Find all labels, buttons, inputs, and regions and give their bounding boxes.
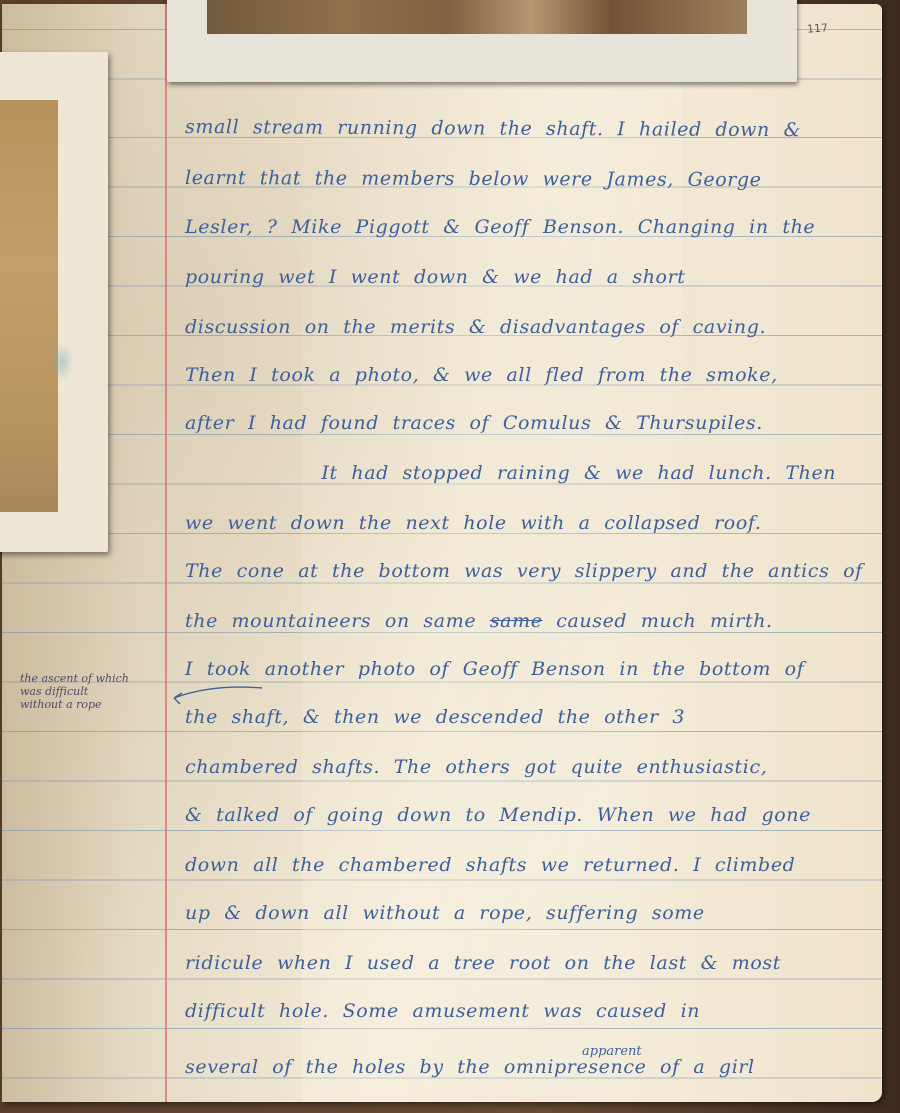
struck-word: same bbox=[490, 610, 543, 632]
margin-note: the ascent of which was difficult withou… bbox=[20, 672, 170, 711]
text-line-14: chambered shafts. The others got quite e… bbox=[185, 756, 875, 778]
margin-note-line-1: the ascent of which bbox=[20, 672, 170, 685]
text-line-11: the mountaineers on same same caused muc… bbox=[185, 610, 875, 632]
text-line-17: up & down all without a rope, suffering … bbox=[185, 902, 875, 924]
pencil-mark bbox=[50, 342, 74, 382]
pasted-photo-top bbox=[167, 0, 797, 82]
text-line-8: It had stopped raining & we had lunch. T… bbox=[185, 462, 875, 484]
text-line-3: Lesler, ? Mike Piggott & Geoff Benson. C… bbox=[185, 216, 875, 238]
text-line-18: ridicule when I used a tree root on the … bbox=[185, 952, 875, 974]
photo-image-top bbox=[207, 0, 747, 34]
text-line-12: I took another photo of Geoff Benson in … bbox=[185, 658, 875, 680]
text-line-5: discussion on the merits & disadvantages… bbox=[185, 316, 875, 338]
text-line-11-end: caused much mirth. bbox=[543, 610, 773, 632]
insertion-arrow-icon bbox=[162, 684, 272, 714]
photo-image-left bbox=[0, 100, 58, 512]
text-line-16: down all the chambered shafts we returne… bbox=[185, 854, 875, 876]
text-line-19: difficult hole. Some amusement was cause… bbox=[185, 1000, 875, 1022]
text-line-11-start: the mountaineers on same bbox=[185, 610, 476, 632]
text-line-6: Then I took a photo, & we all fled from … bbox=[185, 364, 875, 386]
text-line-1: small stream running down the shaft. I h… bbox=[185, 116, 875, 142]
text-line-15: & talked of going down to Mendip. When w… bbox=[185, 804, 875, 826]
text-line-10: The cone at the bottom was very slippery… bbox=[185, 560, 875, 582]
inserted-word: apparent bbox=[582, 1044, 642, 1059]
text-line-13: the shaft, & then we descended the other… bbox=[185, 706, 875, 728]
text-line-7: after I had found traces of Comulus & Th… bbox=[185, 412, 875, 434]
margin-note-line-3: without a rope bbox=[20, 698, 170, 711]
text-line-20: several of the holes by the omnipresence… bbox=[185, 1056, 875, 1078]
notebook-page: 117 small stream running down the shaft.… bbox=[2, 4, 882, 1102]
pasted-photo-left bbox=[0, 52, 108, 552]
text-line-4: pouring wet I went down & we had a short bbox=[185, 266, 875, 288]
handwritten-text: small stream running down the shaft. I h… bbox=[2, 4, 882, 1102]
text-line-9: we went down the next hole with a collap… bbox=[185, 512, 875, 534]
margin-note-line-2: was difficult bbox=[20, 685, 170, 698]
text-line-2: learnt that the members below were James… bbox=[185, 167, 875, 191]
